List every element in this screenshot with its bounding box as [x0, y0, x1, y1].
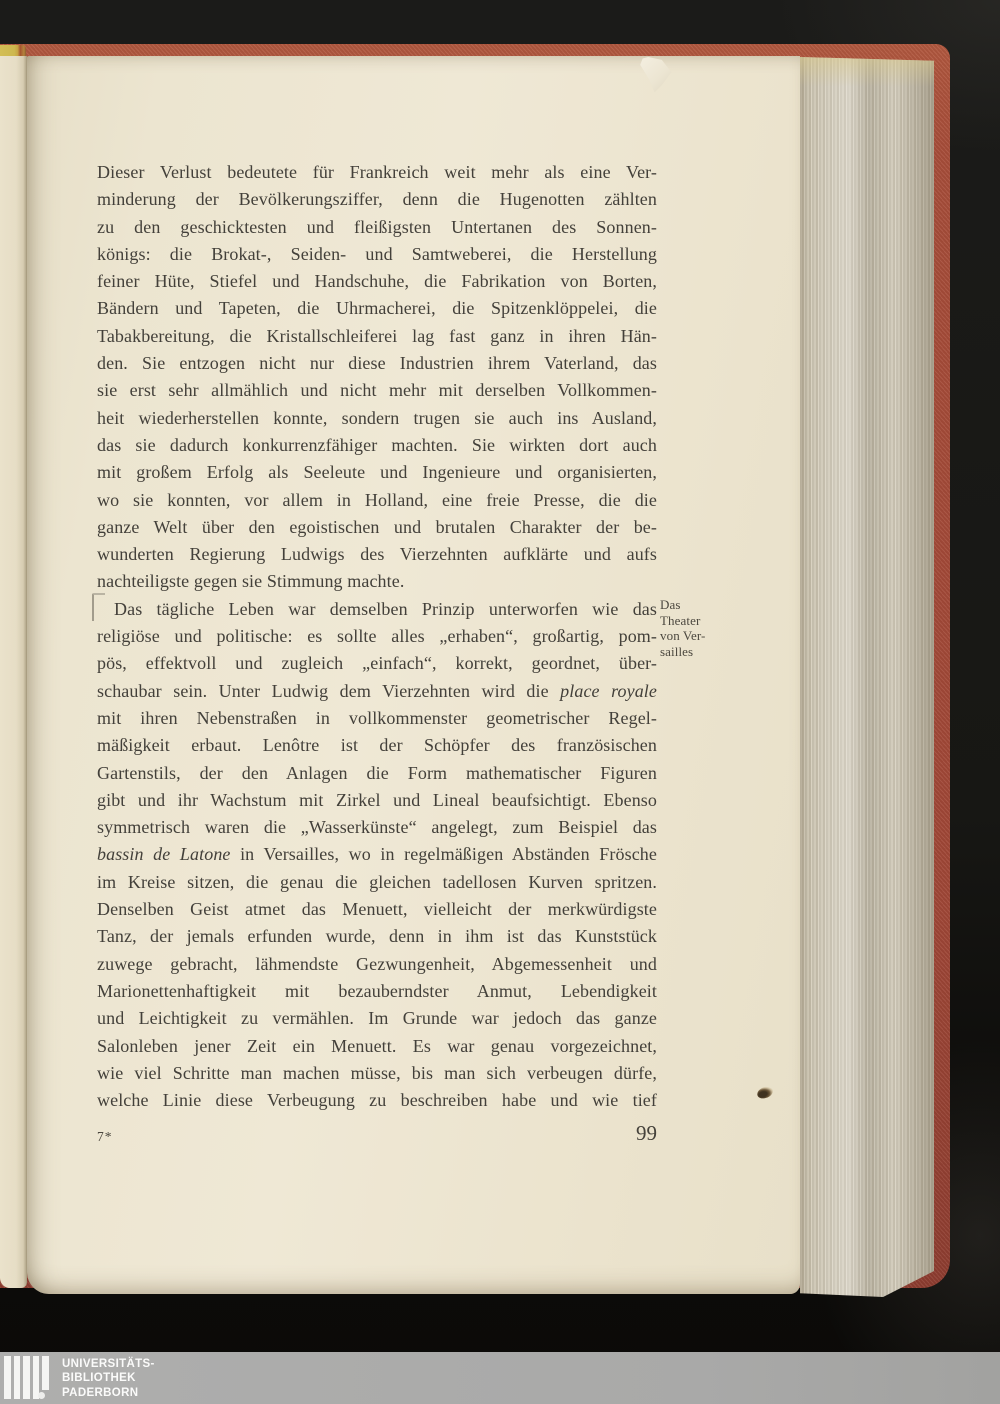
- line-segment: Salonleben jener Zeit ein Menuett. Es wa…: [97, 1036, 657, 1056]
- text-line: minderung der Bevölkerungsziffer, denn d…: [97, 186, 657, 213]
- text-line: symmetrisch waren die „Wasserkünste“ ang…: [97, 814, 657, 841]
- text-line: welche Linie diese Verbeugung zu beschre…: [97, 1087, 657, 1114]
- gutter-page-strip: [0, 56, 27, 1288]
- line-segment: mit ihren Nebenstraßen in vollkommenster…: [97, 708, 657, 728]
- text-line: feiner Hüte, Stiefel und Handschuhe, die…: [97, 268, 657, 295]
- line-segment: mäßigkeit erbaut. Lenôtre ist der Schöpf…: [97, 735, 657, 755]
- margin-note-line: von Ver-: [660, 628, 734, 644]
- line-segment: welche Linie diese Verbeugung zu beschre…: [97, 1090, 657, 1110]
- library-name-line: BIBLIOTHEK: [62, 1371, 155, 1385]
- logo-bar: [42, 1356, 49, 1390]
- logo-bar: [23, 1356, 30, 1399]
- text-line: mit großem Erfolg als Seeleute und Ingen…: [97, 459, 657, 486]
- margin-note-line: Das: [660, 597, 734, 613]
- library-banner: UNIVERSITÄTS- BIBLIOTHEK PADERBORN: [0, 1352, 1000, 1404]
- line-segment: religiöse und politische: es sollte alle…: [97, 626, 657, 646]
- text-line: ganze Welt über den egoistischen und bru…: [97, 514, 657, 541]
- library-name: UNIVERSITÄTS- BIBLIOTHEK PADERBORN: [62, 1357, 155, 1400]
- line-segment: Gartenstils, der den Anlagen die Form ma…: [97, 763, 657, 783]
- text-line: Gartenstils, der den Anlagen die Form ma…: [97, 760, 657, 787]
- text-line: schaubar sein. Unter Ludwig dem Vierzehn…: [97, 678, 657, 705]
- text-line: Das tägliche Leben war demselben Prinzip…: [97, 596, 657, 623]
- text-line: Denselben Geist atmet das Menuett, viell…: [97, 896, 657, 923]
- text-line: Tanz, der jemals erfunden wurde, denn in…: [97, 923, 657, 950]
- line-segment: Das tägliche Leben war demselben Prinzip…: [114, 599, 657, 619]
- text-line: religiöse und politische: es sollte alle…: [97, 623, 657, 650]
- line-segment: zuwege gebracht, lähmendste Gezwungenhei…: [97, 954, 657, 974]
- line-segment: in Versailles, wo in regelmäßigen Abstän…: [231, 844, 657, 864]
- margin-note-line: Theater: [660, 613, 734, 629]
- line-segment: symmetrisch waren die „Wasserkünste“ ang…: [97, 817, 657, 837]
- margin-note-line: sailles: [660, 644, 734, 660]
- logo-dot: [38, 1392, 45, 1399]
- text-line: mäßigkeit erbaut. Lenôtre ist der Schöpf…: [97, 732, 657, 759]
- text-line: Marionettenhaftigkeit mit bezauberndster…: [97, 978, 657, 1005]
- text-line: mit ihren Nebenstraßen in vollkommenster…: [97, 705, 657, 732]
- logo-bar: [14, 1356, 21, 1399]
- text-line: zuwege gebracht, lähmendste Gezwungenhei…: [97, 951, 657, 978]
- text-line: bassin de Latone in Versailles, wo in re…: [97, 841, 657, 868]
- text-line: im Kreise sitzen, die genau die gleichen…: [97, 869, 657, 896]
- library-name-line: UNIVERSITÄTS-: [62, 1357, 155, 1371]
- line-segment: schaubar sein. Unter Ludwig dem Vierzehn…: [97, 681, 560, 701]
- text-line: heit wiederherstellen konnte, sondern tr…: [97, 405, 657, 432]
- text-line: den. Sie entzogen nicht nur diese Indust…: [97, 350, 657, 377]
- line-segment: Marionettenhaftigkeit mit bezauberndster…: [97, 981, 657, 1001]
- line-segment: Denselben Geist atmet das Menuett, viell…: [97, 899, 657, 919]
- scanned-book-page: Dieser Verlust bedeutete für Frankreich …: [0, 0, 1000, 1404]
- line-segment: Tanz, der jemals erfunden wurde, denn in…: [97, 926, 657, 946]
- text-line: Bändern und Tapeten, die Uhrmacherei, di…: [97, 295, 657, 322]
- italic-segment: place royale: [560, 681, 657, 701]
- margin-note: Das Theater von Ver- sailles: [660, 597, 734, 659]
- line-segment: gibt und ihr Wachstum mit Zirkel und Lin…: [97, 790, 657, 810]
- text-line: pös, effektvoll und zugleich „einfach“, …: [97, 650, 657, 677]
- text-line: und Leichtigkeit zu vermählen. Im Grunde…: [97, 1005, 657, 1032]
- page-stack-fore-edge: [800, 57, 934, 1297]
- line-segment: und Leichtigkeit zu vermählen. Im Grunde…: [97, 1008, 657, 1028]
- text-line: gibt und ihr Wachstum mit Zirkel und Lin…: [97, 787, 657, 814]
- library-name-line: PADERBORN: [62, 1386, 155, 1400]
- text-line: königs: die Brokat-, Seiden- und Samtweb…: [97, 241, 657, 268]
- text-line: wunderten Regierung Ludwigs des Vierzehn…: [97, 541, 657, 568]
- line-segment: im Kreise sitzen, die genau die gleichen…: [97, 872, 657, 892]
- italic-segment: bassin de Latone: [97, 844, 231, 864]
- line-segment: pös, effektvoll und zugleich „einfach“, …: [97, 653, 657, 673]
- text-line: wo sie konnten, vor allem in Holland, ei…: [97, 487, 657, 514]
- text-line: sie erst sehr allmählich und nicht mehr …: [97, 377, 657, 404]
- line-segment: wie viel Schritte man machen müsse, bis …: [97, 1063, 657, 1083]
- text-line: das sie dadurch konkurrenzfähiger machte…: [97, 432, 657, 459]
- text-line: Salonleben jener Zeit ein Menuett. Es wa…: [97, 1033, 657, 1060]
- text-line: Dieser Verlust bedeutete für Frankreich …: [97, 159, 657, 186]
- text-line: zu den geschicktesten und fleißigsten Un…: [97, 214, 657, 241]
- page-number: 99: [97, 1121, 657, 1146]
- text-block: Dieser Verlust bedeutete für Frankreich …: [97, 159, 657, 1114]
- text-line: nachteiligste gegen sie Stimmung machte.: [97, 568, 657, 595]
- text-line: Tabakbereitung, die Kristallschleiferei …: [97, 323, 657, 350]
- logo-bar: [4, 1356, 11, 1399]
- text-line: wie viel Schritte man machen müsse, bis …: [97, 1060, 657, 1087]
